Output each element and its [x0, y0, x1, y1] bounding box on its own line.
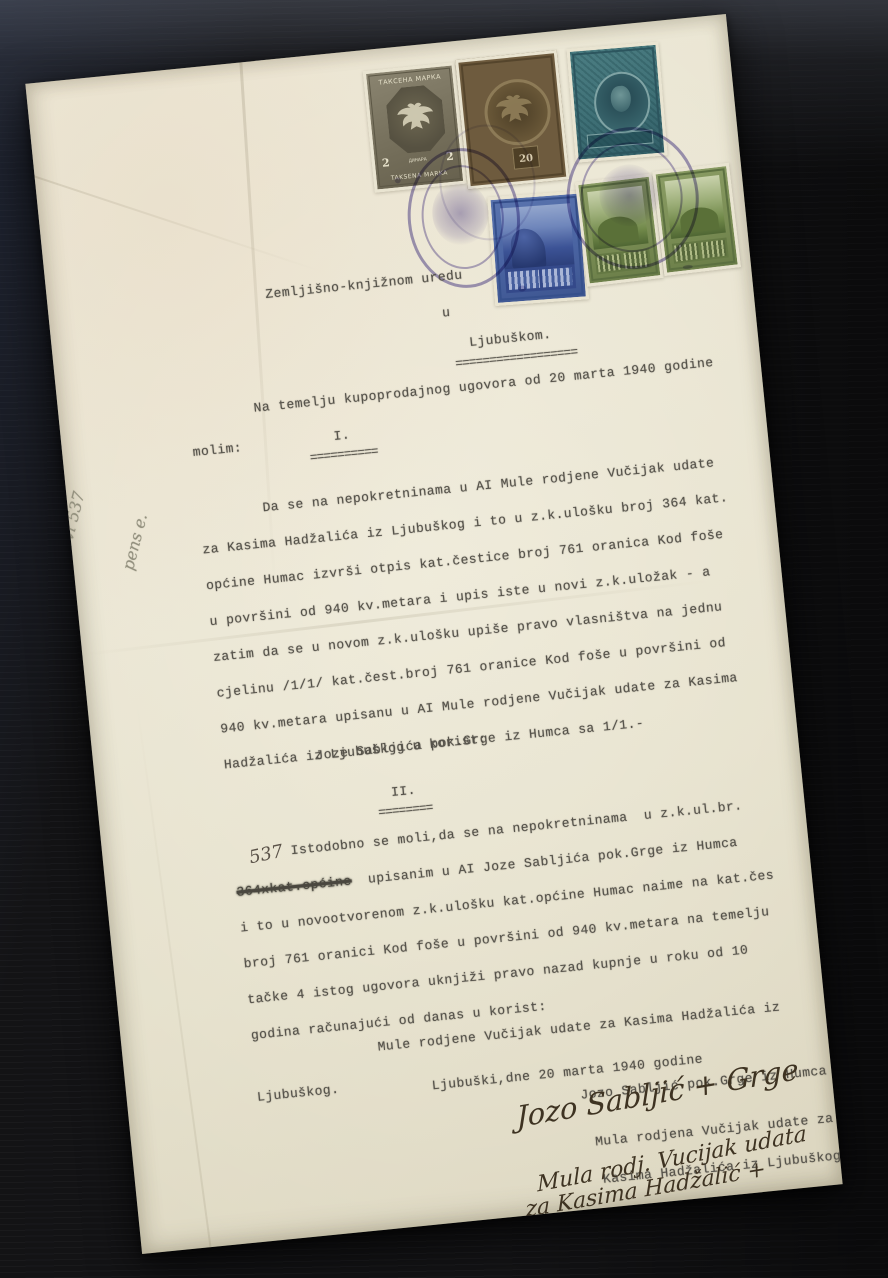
revenue-stamp-green-2 [652, 163, 741, 276]
section-2-beneficiary-2: Ljubuškog. [256, 1082, 340, 1105]
recipient-line-2: u [441, 305, 451, 321]
paper-crease [25, 170, 322, 272]
double-eagle-icon [394, 96, 438, 140]
stamp-frame: ТАКСЕНА МАРКА 2 ДИНАРА 2 TAKSENA MARKA [368, 68, 461, 188]
stamp-crest [610, 85, 632, 113]
tablet [674, 243, 700, 262]
revenue-stamp-green-1 [575, 173, 664, 286]
stamp-frame [572, 47, 662, 157]
double-eagle-icon [493, 91, 536, 131]
recipient-line-3: Ljubuškom. [468, 327, 552, 350]
stamp-scene-hill [679, 205, 720, 233]
stamp-denomination: 2 [381, 156, 390, 170]
stamp-bottom-tablets [672, 238, 729, 264]
stamp-scene-rock [510, 227, 547, 269]
tablet [541, 267, 573, 287]
strikethrough-text: 364xkat.općine [236, 873, 352, 899]
stamp-frame [493, 196, 584, 301]
stamp-scene-hill [596, 215, 639, 245]
tablet [701, 240, 727, 259]
stamp-denomination: 20 [519, 153, 534, 165]
stamp-medallion [481, 76, 553, 148]
margin-note-line-1: novi 537 [38, 436, 104, 616]
stamp-bottom-band [587, 129, 654, 148]
document-paper: ТАКСЕНА МАРКА 2 ДИНАРА 2 TAKSENA MARKA [25, 14, 842, 1254]
stamp-bottom-label: TAKSENA MARKA [379, 168, 459, 183]
revenue-stamp-blue [487, 190, 589, 306]
tablet [624, 250, 650, 269]
stamp-frame [658, 168, 736, 270]
margin-note: novi 537 pens e. [25, 425, 210, 643]
revenue-stamp-teal [567, 42, 668, 163]
molim-label: molim: [192, 440, 243, 460]
stamp-unit-label: ДИНАРА [409, 156, 428, 164]
stamp-top-label: ТАКСЕНА МАРКА [370, 72, 450, 88]
tablet [597, 254, 623, 273]
recipient-line-1: Zemljišno-knjižnom uredu [265, 267, 464, 302]
stamp-frame [580, 179, 658, 281]
stamp-scene [587, 186, 648, 250]
cancellation-center-smudge [429, 179, 491, 248]
stamp-bottom-tablets [505, 264, 577, 293]
revenue-stamp-taksena-2: ТАКСЕНА МАРКА 2 ДИНАРА 2 TAKSENA MARKA [363, 62, 467, 193]
stamp-denomination: 2 [445, 150, 454, 164]
margin-note-line-2: pens e. [102, 452, 168, 632]
section-1-heading: I. ========== [293, 421, 392, 468]
paper-crease [135, 696, 211, 1247]
stamp-frame: 20 [461, 55, 564, 184]
photo-background: ТАКСЕНА МАРКА 2 ДИНАРА 2 TAKSENA MARKA [0, 0, 888, 1278]
stamp-scene [664, 175, 725, 239]
stamp-medallion [592, 70, 653, 136]
revenue-stamp-20: 20 [455, 50, 569, 189]
stamp-octagon [385, 84, 447, 155]
stamp-denomination-tablet: 20 [512, 145, 540, 169]
stamp-bottom-tablets [594, 248, 651, 274]
stamp-scene [500, 203, 574, 270]
